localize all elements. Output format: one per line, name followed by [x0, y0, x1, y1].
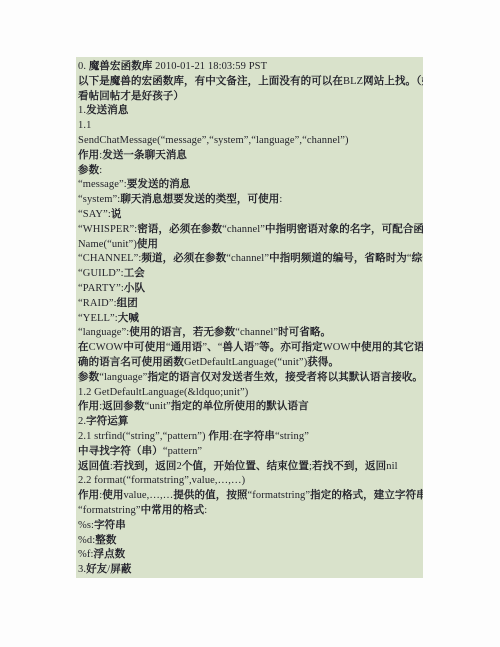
text-line: “PARTY”:小队	[78, 282, 421, 297]
text-line: “SAY”:说	[78, 208, 421, 223]
text-line: %d:整数	[78, 534, 421, 549]
text-line: 3.好友/屏蔽	[78, 563, 421, 578]
text-line: 作用:返回参数“unit”指定的单位所使用的默认语言	[78, 400, 421, 415]
text-line: 看帖回帖才是好孩子）	[78, 90, 421, 105]
text-line: Name(“unit”)使用	[78, 238, 421, 253]
page: 0. 魔兽宏函数库 2010-01-21 18:03:59 PST以下是魔兽的宏…	[0, 0, 500, 647]
text-line: 1.2 GetDefaultLanguage(&ldquo;unit”)	[78, 386, 421, 401]
text-line: 1.1	[78, 119, 421, 134]
text-line: 作用:使用value,…,…提供的值，按照“formatstring”指定的格式…	[78, 489, 421, 504]
text-line: 以下是魔兽的宏函数库，有中文备注，上面没有的可以在BLZ网站上找。（妈妈说	[78, 75, 421, 90]
text-line: “CHANNEL”:频道，必须在参数“channel”中指明频道的编号，省略时为…	[78, 252, 421, 267]
text-line: 参数“language”指定的语言仅对发送者生效，接受者将以其默认语言接收。	[78, 371, 421, 386]
text-line: 返回值:若找到，返回2个值，开始位置、结束位置;若找不到，返回nil	[78, 460, 421, 475]
text-line: %f:浮点数	[78, 548, 421, 563]
text-line: %s:字符串	[78, 519, 421, 534]
text-line: “RAID”:组团	[78, 297, 421, 312]
text-line: “message”:要发送的消息	[78, 178, 421, 193]
text-line: 2.1 strfind(“string”,“pattern”) 作用:在字符串“…	[78, 430, 421, 445]
text-line: 2.字符运算	[78, 415, 421, 430]
text-line: “system”:聊天消息想要发送的类型，可使用:	[78, 193, 421, 208]
text-line: 1.发送消息	[78, 104, 421, 119]
text-line: “formatstring”中常用的格式:	[78, 504, 421, 519]
text-line: “GUILD”:工会	[78, 267, 421, 282]
text-line: 参数:	[78, 164, 421, 179]
text-line: 确的语言名可使用函数GetDefaultLanguage(“unit”)获得。	[78, 356, 421, 371]
text-line: SendChatMessage(“message”,“system”,“lang…	[78, 134, 421, 149]
text-line: 0. 魔兽宏函数库 2010-01-21 18:03:59 PST	[78, 60, 421, 75]
text-line: 中寻找字符（串）“pattern”	[78, 445, 421, 460]
text-line: “WHISPER”:密语，必须在参数“channel”中指明密语对象的名字，可配…	[78, 223, 421, 238]
text-line: 作用:发送一条聊天消息	[78, 149, 421, 164]
text-line: 在CWOW中可使用“通用语”、“兽人语”等。亦可指定WOW中使用的其它语言，准	[78, 341, 421, 356]
text-line: 2.2 format(“formatstring”,value,…,…)	[78, 474, 421, 489]
text-line: “YELL”:大喊	[78, 312, 421, 327]
text-line: “language”:使用的语言，若无参数“channel”时可省略。	[78, 326, 421, 341]
document-block: 0. 魔兽宏函数库 2010-01-21 18:03:59 PST以下是魔兽的宏…	[76, 57, 423, 578]
